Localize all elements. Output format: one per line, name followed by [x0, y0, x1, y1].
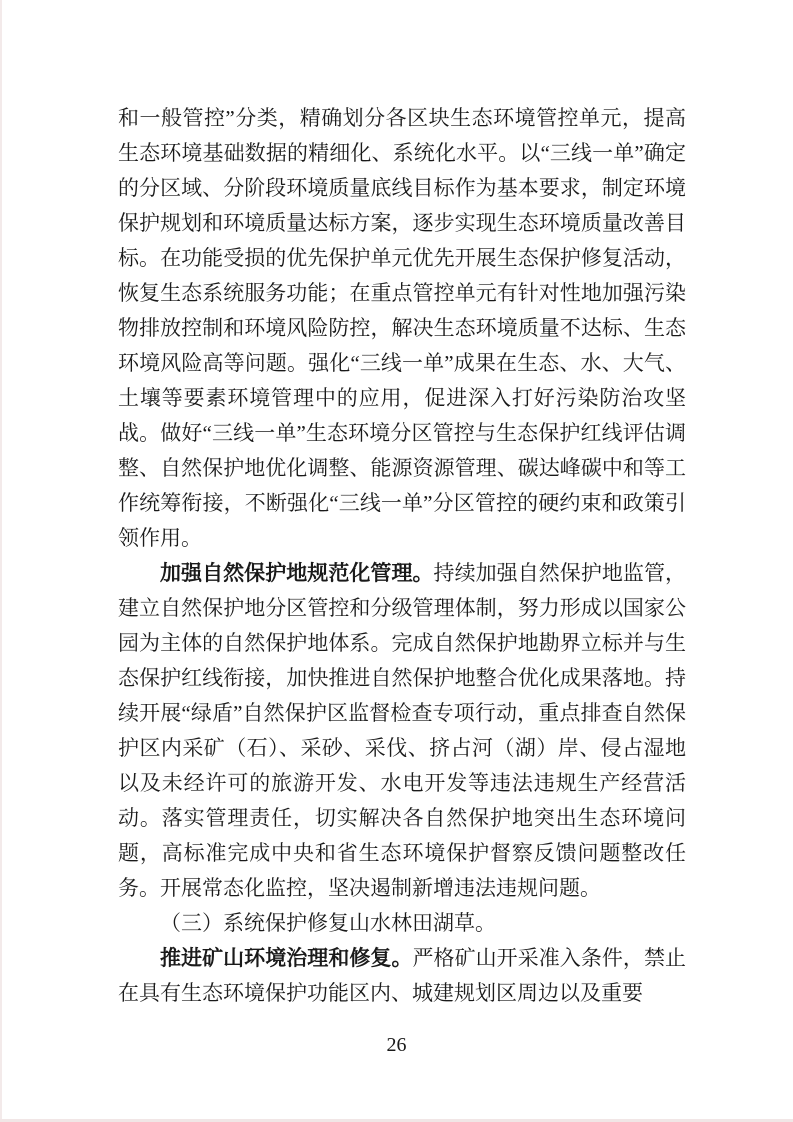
text-block: 和一般管控”分类，精确划分各区块生态环境管控单元，提高生态环境基础数据的精细化、… [118, 101, 686, 1011]
document-page: 和一般管控”分类，精确划分各区块生态环境管控单元，提高生态环境基础数据的精细化、… [0, 0, 793, 1122]
page-edge-left [0, 0, 2, 1122]
paragraph-bold-lead: 加强自然保护地规范化管理。 [160, 561, 434, 585]
page-number: 26 [387, 1034, 407, 1056]
paragraph-nature-reserve-management: 加强自然保护地规范化管理。持续加强自然保护地监管，建立自然保护地分区管控和分级管… [118, 556, 686, 906]
section-heading-text: （三）系统保护修复山水林田湖草。 [160, 911, 496, 935]
paragraph-text: 和一般管控”分类，精确划分各区块生态环境管控单元，提高生态环境基础数据的精细化、… [118, 106, 686, 550]
paragraph-continuation: 和一般管控”分类，精确划分各区块生态环境管控单元，提高生态环境基础数据的精细化、… [118, 101, 686, 556]
section-heading: （三）系统保护修复山水林田湖草。 [118, 906, 686, 941]
paragraph-mine-restoration: 推进矿山环境治理和修复。严格矿山开采准入条件，禁止在具有生态环境保护功能区内、城… [118, 941, 686, 1011]
paragraph-text: 持续加强自然保护地监管，建立自然保护地分区管控和分级管理体制，努力形成以国家公园… [118, 561, 686, 900]
footer: 26 [0, 1034, 793, 1057]
paragraph-bold-lead: 推进矿山环境治理和修复。 [160, 946, 413, 970]
